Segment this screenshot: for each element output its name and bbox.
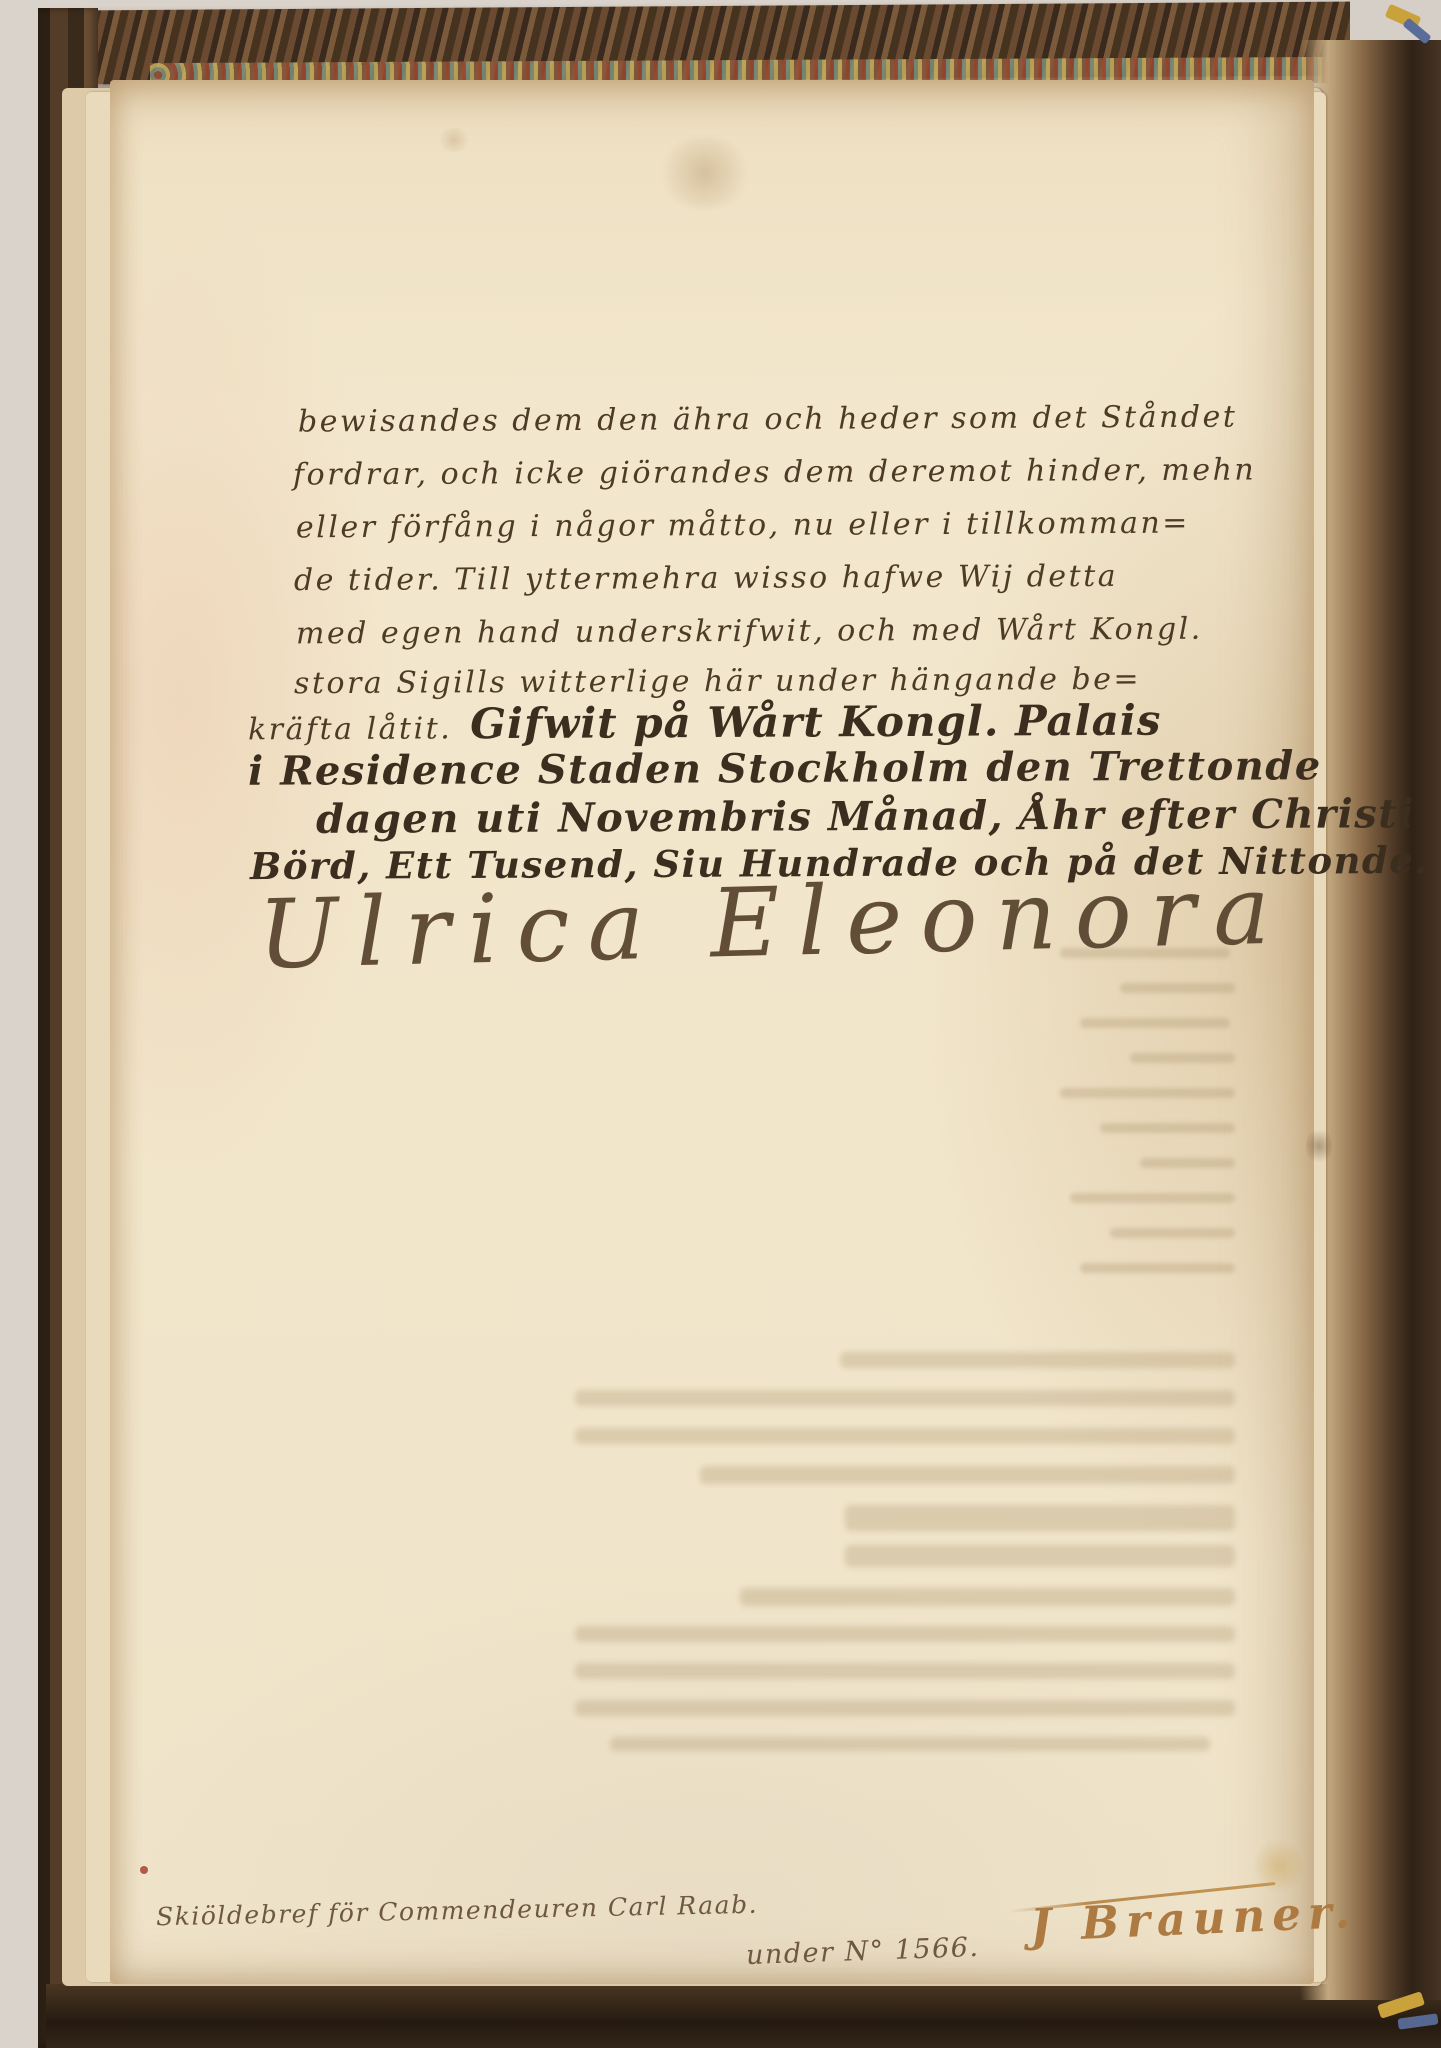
book-cover-bottom-edge	[46, 1984, 1441, 2048]
manuscript-line: fordrar, och icke giörandes dem deremot …	[293, 452, 1256, 492]
line-lead-cursive: kräfta låtit.	[248, 711, 452, 747]
manuscript-line: med egen hand underskrifwit, och med Wår…	[296, 612, 1203, 652]
manuscript-line: eller förfång i någor måtto, nu eller i …	[296, 506, 1190, 546]
manuscript-line: bewisandes dem den ähra och heder som de…	[298, 400, 1238, 440]
line-blackletter: Gifwit på Wårt Kongl. Palais	[470, 696, 1161, 749]
manuscript-line: i Residence Staden Stockholm den Tretton…	[248, 742, 1322, 795]
manuscript-page	[110, 80, 1314, 1984]
manuscript-line: kräfta låtit. Gifwit på Wårt Kongl. Pala…	[248, 696, 1162, 750]
manuscript-line: stora Sigills witterlige här under hänga…	[294, 662, 1141, 701]
manuscript-line: de tider. Till yttermehra wisso hafwe Wi…	[294, 559, 1118, 598]
manuscript-scan: bewisandes dem den ähra och heder som de…	[0, 0, 1441, 2048]
manuscript-line: dagen uti Novembris Månad, Åhr efter Chr…	[316, 790, 1415, 843]
